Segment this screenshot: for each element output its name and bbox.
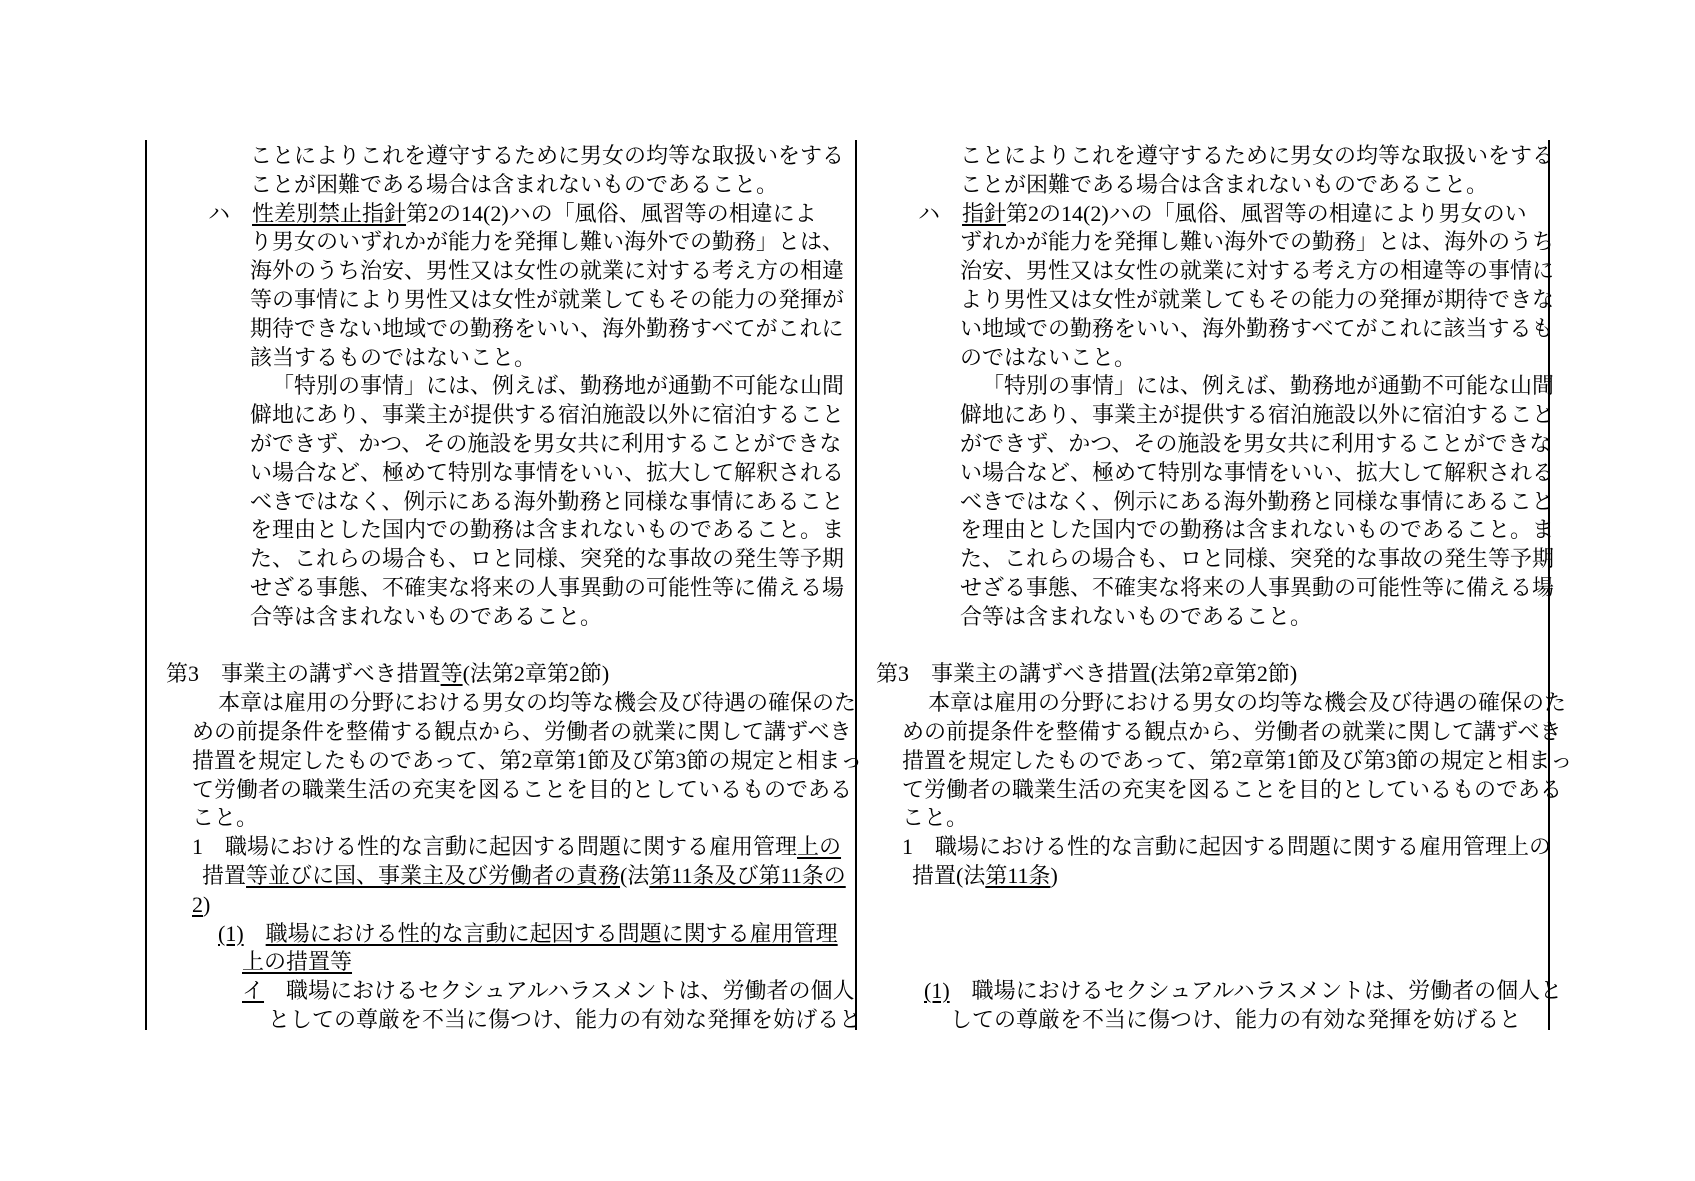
text-segment: を理由とした国内での勤務は含まれないものであること。ま [960, 517, 1554, 542]
text-segment: い場合など、極めて特別な事情をいい、拡大して解釈される [960, 460, 1554, 485]
blank-line [868, 920, 1546, 949]
text-line: 第3事業主の講ずべき措置等(法第2章第2節) [158, 660, 848, 689]
text-segment: ことが困難である場合は含まれないものであること。 [960, 172, 1488, 197]
text-segment: せざる事態、不確実な将来の人事異動の可能性等に備える場 [960, 575, 1554, 600]
comparison-column-right: ことによりこれを遵守するために男女の均等な取扱いをすることが困難である場合は含ま… [868, 142, 1546, 1035]
text-segment: て労働者の職業生活の充実を図ることを目的としているものである [192, 777, 852, 802]
text-segment: て労働者の職業生活の充実を図ることを目的としているものである [902, 777, 1562, 802]
text-segment: ことによりこれを遵守するために男女の均等な取扱いをする [960, 143, 1554, 168]
text-segment: ハ [918, 201, 962, 226]
text-line: 措置(法第11条) [868, 862, 1546, 891]
text-line: 合等は含まれないものであること。 [158, 603, 848, 632]
text-segment: 等の事情により男性又は女性が就業してもその能力の発揮が [250, 287, 844, 312]
text-line: 期待できない地域での勤務をいい、海外勤務すべてがこれに [158, 315, 848, 344]
text-line: 僻地にあり、事業主が提供する宿泊施設以外に宿泊すること [158, 401, 848, 430]
text-line: い場合など、極めて特別な事情をいい、拡大して解釈される [868, 459, 1546, 488]
text-line: のではないこと。 [868, 344, 1546, 373]
text-line: ハ指針第2の14(2)ハの「風俗、風習等の相違により男女のい [868, 200, 1546, 229]
text-segment: 僻地にあり、事業主が提供する宿泊施設以外に宿泊すること [960, 402, 1554, 427]
text-segment: (法第2章第2節) [463, 661, 610, 686]
text-segment: 措置を規定したものであって、第2章第1節及び第3節の規定と相まっ [192, 748, 862, 773]
text-segment: を理由とした国内での勤務は含まれないものであること。ま [250, 517, 844, 542]
text-segment: い場合など、極めて特別な事情をいい、拡大して解釈される [250, 460, 844, 485]
text-line: べきではなく、例示にある海外勤務と同様な事情にあること [158, 488, 848, 517]
text-line: より男性又は女性が就業してもその能力の発揮が期待できな [868, 286, 1546, 315]
text-line: ができず、かつ、その施設を男女共に利用することができな [158, 430, 848, 459]
table-border-left [145, 140, 147, 1030]
text-line: イ職場におけるセクシュアルハラスメントは、労働者の個人 [158, 977, 848, 1006]
text-line: (1)職場における性的な言動に起因する問題に関する雇用管理 [158, 920, 848, 949]
text-line: ことによりこれを遵守するために男女の均等な取扱いをする [868, 142, 1546, 171]
text-line: せざる事態、不確実な将来の人事異動の可能性等に備える場 [868, 574, 1546, 603]
text-line: 等の事情により男性又は女性が就業してもその能力の発揮が [158, 286, 848, 315]
blank-line [868, 632, 1546, 661]
text-line: ことが困難である場合は含まれないものであること。 [158, 171, 848, 200]
amended-text-underlined: 上の措置等 [242, 949, 352, 974]
table-border-center [855, 140, 857, 1030]
text-segment: 合等は含まれないものであること。 [960, 604, 1312, 629]
text-line: 本章は雇用の分野における男女の均等な機会及び待遇の確保のた [868, 689, 1546, 718]
text-segment: 第3事業主の講ずべき措置(法第2章第2節) [876, 661, 1297, 686]
text-line: て労働者の職業生活の充実を図ることを目的としているものである [868, 776, 1546, 805]
text-segment: 本章は雇用の分野における男女の均等な機会及び待遇の確保のた [928, 690, 1566, 715]
text-segment: としての尊厳を不当に傷つけ、能力の有効な発揮を妨げると [268, 1007, 861, 1032]
text-segment: 職場におけるセクシュアルハラスメントは、労働者の個人 [264, 978, 854, 1003]
text-segment: 措置 [202, 863, 246, 888]
text-line: としての尊厳を不当に傷つけ、能力の有効な発揮を妨げると [158, 1006, 848, 1035]
text-line: て労働者の職業生活の充実を図ることを目的としているものである [158, 776, 848, 805]
text-line: せざる事態、不確実な将来の人事異動の可能性等に備える場 [158, 574, 848, 603]
text-segment: 第2の14(2)ハの「風俗、風習等の相違によ [406, 201, 817, 226]
text-segment: ができず、かつ、その施設を男女共に利用することができな [960, 431, 1551, 456]
blank-line [158, 632, 848, 661]
text-line: 該当するものではないこと。 [158, 344, 848, 373]
text-line: た、これらの場合も、ロと同様、突発的な事故の発生等予期 [868, 545, 1546, 574]
text-line: 合等は含まれないものであること。 [868, 603, 1546, 632]
text-segment: 「特別の事情」には、例えば、勤務地が通勤不可能な山間 [960, 373, 1554, 398]
amended-text-underlined: 指針 [962, 201, 1006, 226]
text-line: しての尊厳を不当に傷つけ、能力の有効な発揮を妨げると [868, 1006, 1546, 1035]
text-segment: 第2の14(2)ハの「風俗、風習等の相違により男女のい [1006, 201, 1527, 226]
text-segment: 措置を規定したものであって、第2章第1節及び第3節の規定と相まっ [902, 748, 1572, 773]
text-segment: しての尊厳を不当に傷つけ、能力の有効な発揮を妨げると [950, 1007, 1521, 1032]
text-line: (1)職場におけるセクシュアルハラスメントは、労働者の個人と [868, 977, 1546, 1006]
text-line: 「特別の事情」には、例えば、勤務地が通勤不可能な山間 [158, 372, 848, 401]
amended-text-underlined: 2 [192, 892, 203, 917]
text-line: ずれかが能力を発揮し難い海外での勤務」とは、海外のうち [868, 228, 1546, 257]
text-line: 措置を規定したものであって、第2章第1節及び第3節の規定と相まっ [868, 747, 1546, 776]
amended-text-underlined: 等 [441, 661, 463, 686]
text-segment: 海外のうち治安、男性又は女性の就業に対する考え方の相違 [250, 258, 844, 283]
text-line: を理由とした国内での勤務は含まれないものであること。ま [158, 516, 848, 545]
text-segment: 合等は含まれないものであること。 [250, 604, 602, 629]
text-segment: めの前提条件を整備する観点から、労働者の就業に関して講ずべき [192, 719, 852, 744]
text-segment: べきではなく、例示にある海外勤務と同様な事情にあること [250, 489, 844, 514]
text-segment: 該当するものではないこと。 [250, 345, 536, 370]
text-segment: 治安、男性又は女性の就業に対する考え方の相違等の事情に [960, 258, 1554, 283]
text-line: い場合など、極めて特別な事情をいい、拡大して解釈される [158, 459, 848, 488]
text-segment: ことによりこれを遵守するために男女の均等な取扱いをする [250, 143, 844, 168]
amended-text-underlined: 等並びに国、事業主及び労働者の責務 [246, 863, 620, 888]
text-segment: べきではなく、例示にある海外勤務と同様な事情にあること [960, 489, 1554, 514]
text-line: 措置を規定したものであって、第2章第1節及び第3節の規定と相まっ [158, 747, 848, 776]
amended-text-underlined: 第11条 [985, 863, 1050, 888]
text-line: 第3事業主の講ずべき措置(法第2章第2節) [868, 660, 1546, 689]
text-segment: 職場におけるセクシュアルハラスメントは、労働者の個人と [950, 978, 1562, 1003]
text-segment: た、これらの場合も、ロと同様、突発的な事故の発生等予期 [250, 546, 844, 571]
amended-text-underlined: (1) [218, 921, 244, 946]
amended-text-underlined: 性差別禁止指針 [252, 201, 406, 226]
text-segment: 第3事業主の講ずべき措置 [166, 661, 441, 686]
comparison-column-left: ことによりこれを遵守するために男女の均等な取扱いをすることが困難である場合は含ま… [158, 142, 848, 1035]
amended-text-underlined: 第11条及び第11条の [649, 863, 845, 888]
text-segment: た、これらの場合も、ロと同様、突発的な事故の発生等予期 [960, 546, 1554, 571]
text-line: 「特別の事情」には、例えば、勤務地が通勤不可能な山間 [868, 372, 1546, 401]
text-line: こと。 [868, 804, 1546, 833]
text-line: を理由とした国内での勤務は含まれないものであること。ま [868, 516, 1546, 545]
text-line: 措置等並びに国、事業主及び労働者の責務(法第11条及び第11条の [158, 862, 848, 891]
text-segment: (法 [620, 863, 649, 888]
text-line: めの前提条件を整備する観点から、労働者の就業に関して講ずべき [158, 718, 848, 747]
text-segment: こと。 [192, 805, 258, 830]
text-line: 1職場における性的な言動に起因する問題に関する雇用管理上の [868, 833, 1546, 862]
text-line: 上の措置等 [158, 948, 848, 977]
text-line: た、これらの場合も、ロと同様、突発的な事故の発生等予期 [158, 545, 848, 574]
blank-line [868, 948, 1546, 977]
text-segment: 期待できない地域での勤務をいい、海外勤務すべてがこれに [250, 316, 844, 341]
comparison-table-page: ことによりこれを遵守するために男女の均等な取扱いをすることが困難である場合は含ま… [0, 0, 1695, 1181]
text-segment: のではないこと。 [960, 345, 1136, 370]
text-segment: 本章は雇用の分野における男女の均等な機会及び待遇の確保のた [218, 690, 856, 715]
text-segment: ハ [208, 201, 252, 226]
text-line: 海外のうち治安、男性又は女性の就業に対する考え方の相違 [158, 257, 848, 286]
text-line: こと。 [158, 804, 848, 833]
text-segment: 1職場における性的な言動に起因する問題に関する雇用管理上の [902, 834, 1551, 859]
text-segment: めの前提条件を整備する観点から、労働者の就業に関して講ずべき [902, 719, 1562, 744]
text-line: ことによりこれを遵守するために男女の均等な取扱いをする [158, 142, 848, 171]
text-segment: より男性又は女性が就業してもその能力の発揮が期待できな [960, 287, 1554, 312]
text-segment: 1職場における性的な言動に起因する問題に関する雇用管理 [192, 834, 797, 859]
text-segment: こと。 [902, 805, 968, 830]
amended-text-underlined: 職場における性的な言動に起因する問題に関する雇用管理 [266, 921, 838, 946]
text-segment: 「特別の事情」には、例えば、勤務地が通勤不可能な山間 [250, 373, 844, 398]
text-line: ハ性差別禁止指針第2の14(2)ハの「風俗、風習等の相違によ [158, 200, 848, 229]
text-segment: ができず、かつ、その施設を男女共に利用することができな [250, 431, 841, 456]
text-segment: 措置(法 [912, 863, 985, 888]
text-segment: ずれかが能力を発揮し難い海外での勤務」とは、海外のうち [960, 229, 1554, 254]
text-segment [244, 921, 266, 946]
text-line: ができず、かつ、その施設を男女共に利用することができな [868, 430, 1546, 459]
text-line: 治安、男性又は女性の就業に対する考え方の相違等の事情に [868, 257, 1546, 286]
text-segment: り男女のいずれかが能力を発揮し難い海外での勤務」とは、 [250, 229, 844, 254]
text-line: 2) [158, 891, 848, 920]
text-line: めの前提条件を整備する観点から、労働者の就業に関して講ずべき [868, 718, 1546, 747]
text-segment: せざる事態、不確実な将来の人事異動の可能性等に備える場 [250, 575, 844, 600]
text-segment: ことが困難である場合は含まれないものであること。 [250, 172, 778, 197]
amended-text-underlined: イ [242, 978, 264, 1003]
text-line: 本章は雇用の分野における男女の均等な機会及び待遇の確保のた [158, 689, 848, 718]
text-line: ことが困難である場合は含まれないものであること。 [868, 171, 1546, 200]
text-line: い地域での勤務をいい、海外勤務すべてがこれに該当するも [868, 315, 1546, 344]
text-line: 1職場における性的な言動に起因する問題に関する雇用管理上の [158, 833, 848, 862]
blank-line [868, 891, 1546, 920]
amended-text-underlined: (1) [924, 978, 950, 1003]
text-line: 僻地にあり、事業主が提供する宿泊施設以外に宿泊すること [868, 401, 1546, 430]
text-line: り男女のいずれかが能力を発揮し難い海外での勤務」とは、 [158, 228, 848, 257]
text-segment: ) [1051, 863, 1058, 888]
text-line: べきではなく、例示にある海外勤務と同様な事情にあること [868, 488, 1546, 517]
text-segment: い地域での勤務をいい、海外勤務すべてがこれに該当するも [960, 316, 1554, 341]
amended-text-underlined: 上の [797, 834, 841, 859]
text-segment: 僻地にあり、事業主が提供する宿泊施設以外に宿泊すること [250, 402, 844, 427]
text-segment: ) [203, 892, 210, 917]
